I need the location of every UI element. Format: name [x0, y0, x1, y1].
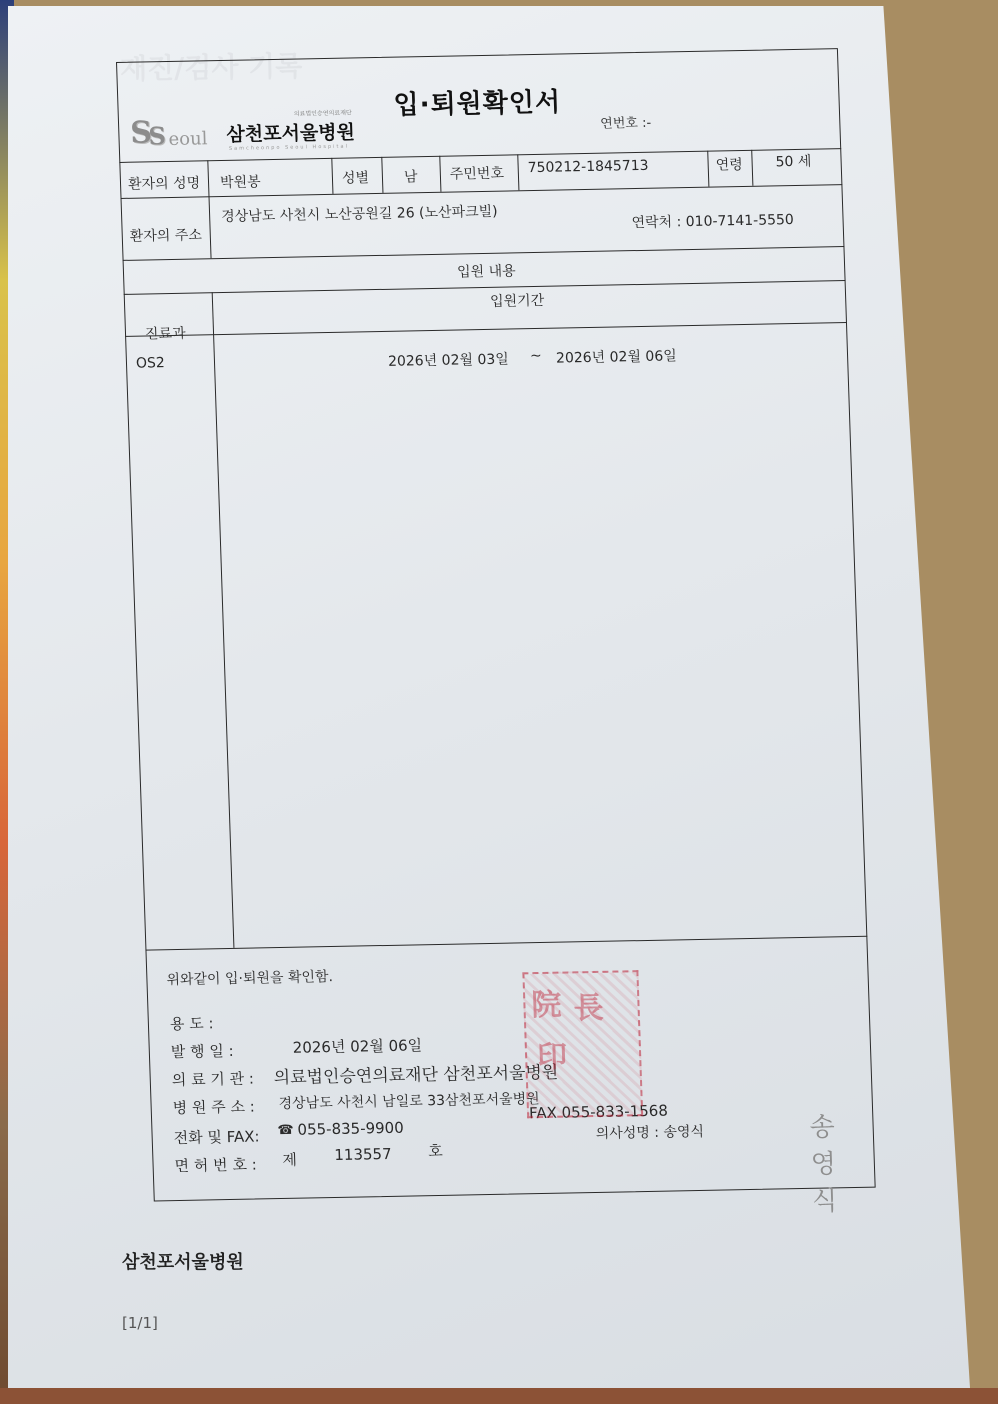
page-number: [1/1] [122, 1314, 158, 1332]
rrn-value: 750212-1845713 [527, 158, 648, 176]
issue-date: 2026년 02월 06일 [292, 1034, 422, 1057]
institution-label: 의 료 기 관 : [171, 1068, 254, 1091]
license-prefix: 제 [282, 1149, 297, 1170]
age-label: 연령 [715, 154, 743, 175]
logo-hospital-name: 삼천포서울병원 [226, 117, 355, 146]
telephone-icon: ☎ [277, 1123, 294, 1138]
doctor-name: 의사성명 : 송영식 [595, 1121, 704, 1143]
admission-end: 2026년 02월 06일 [556, 345, 677, 367]
doctor-signature: 송영식 [809, 1106, 877, 1218]
age-value: 50 세 [775, 151, 811, 172]
certificate-form: S S eoul 의료법인승연의료재단 삼천포서울병원 Samcheonpo S… [116, 48, 876, 1201]
logo-seoul-text: eoul [168, 128, 208, 150]
serial-number: 연번호 :- [600, 112, 652, 132]
admission-start: 2026년 02월 03일 [388, 349, 509, 371]
department-value: OS2 [136, 355, 165, 372]
logo-caption: 의료법인승연의료재단 [294, 107, 352, 117]
hospital-address-label: 병 원 주 소 : [172, 1096, 255, 1119]
hospital-seal-stamp: 院 長 印 [522, 970, 643, 1118]
seal-glyph: 印 [536, 1032, 567, 1077]
license-label: 면 허 번 호 : [174, 1154, 257, 1177]
seal-glyph: 長 [573, 983, 604, 1028]
rrn-label: 주민번호 [450, 163, 505, 184]
background-desk-edge [0, 1388, 998, 1404]
license-number: 113557 [334, 1145, 392, 1164]
admission-section-label: 입원 내용 [457, 260, 516, 281]
phone-number: 055-835-9900 [297, 1119, 404, 1139]
issue-date-label: 발 행 일 : [170, 1040, 234, 1062]
patient-contact: 연락처 : 010-7141-5550 [631, 209, 794, 232]
purpose-label: 용 도 : [170, 1012, 214, 1034]
seal-glyph: 院 [531, 980, 562, 1025]
admission-period-label: 입원기간 [490, 290, 545, 311]
sex-label: 성별 [342, 167, 370, 188]
certification-statement: 위와같이 입·퇴원을 확인함. [166, 966, 333, 989]
document-title: 입·퇴원확인서 [393, 81, 562, 121]
patient-name-label: 환자의 성명 [128, 172, 201, 193]
sex-value: 남 [404, 166, 418, 186]
address-label: 환자의 주소 [129, 224, 202, 245]
license-suffix: 호 [428, 1140, 443, 1161]
department-label: 진료과 [145, 323, 186, 344]
phone-fax-label: 전화 및 FAX: [173, 1125, 260, 1148]
period-separator: ~ [530, 348, 542, 364]
logo-mark-icon-2: S [148, 121, 166, 150]
footer-hospital-name: 삼천포서울병원 [122, 1248, 244, 1274]
patient-name: 박원봉 [220, 171, 261, 192]
